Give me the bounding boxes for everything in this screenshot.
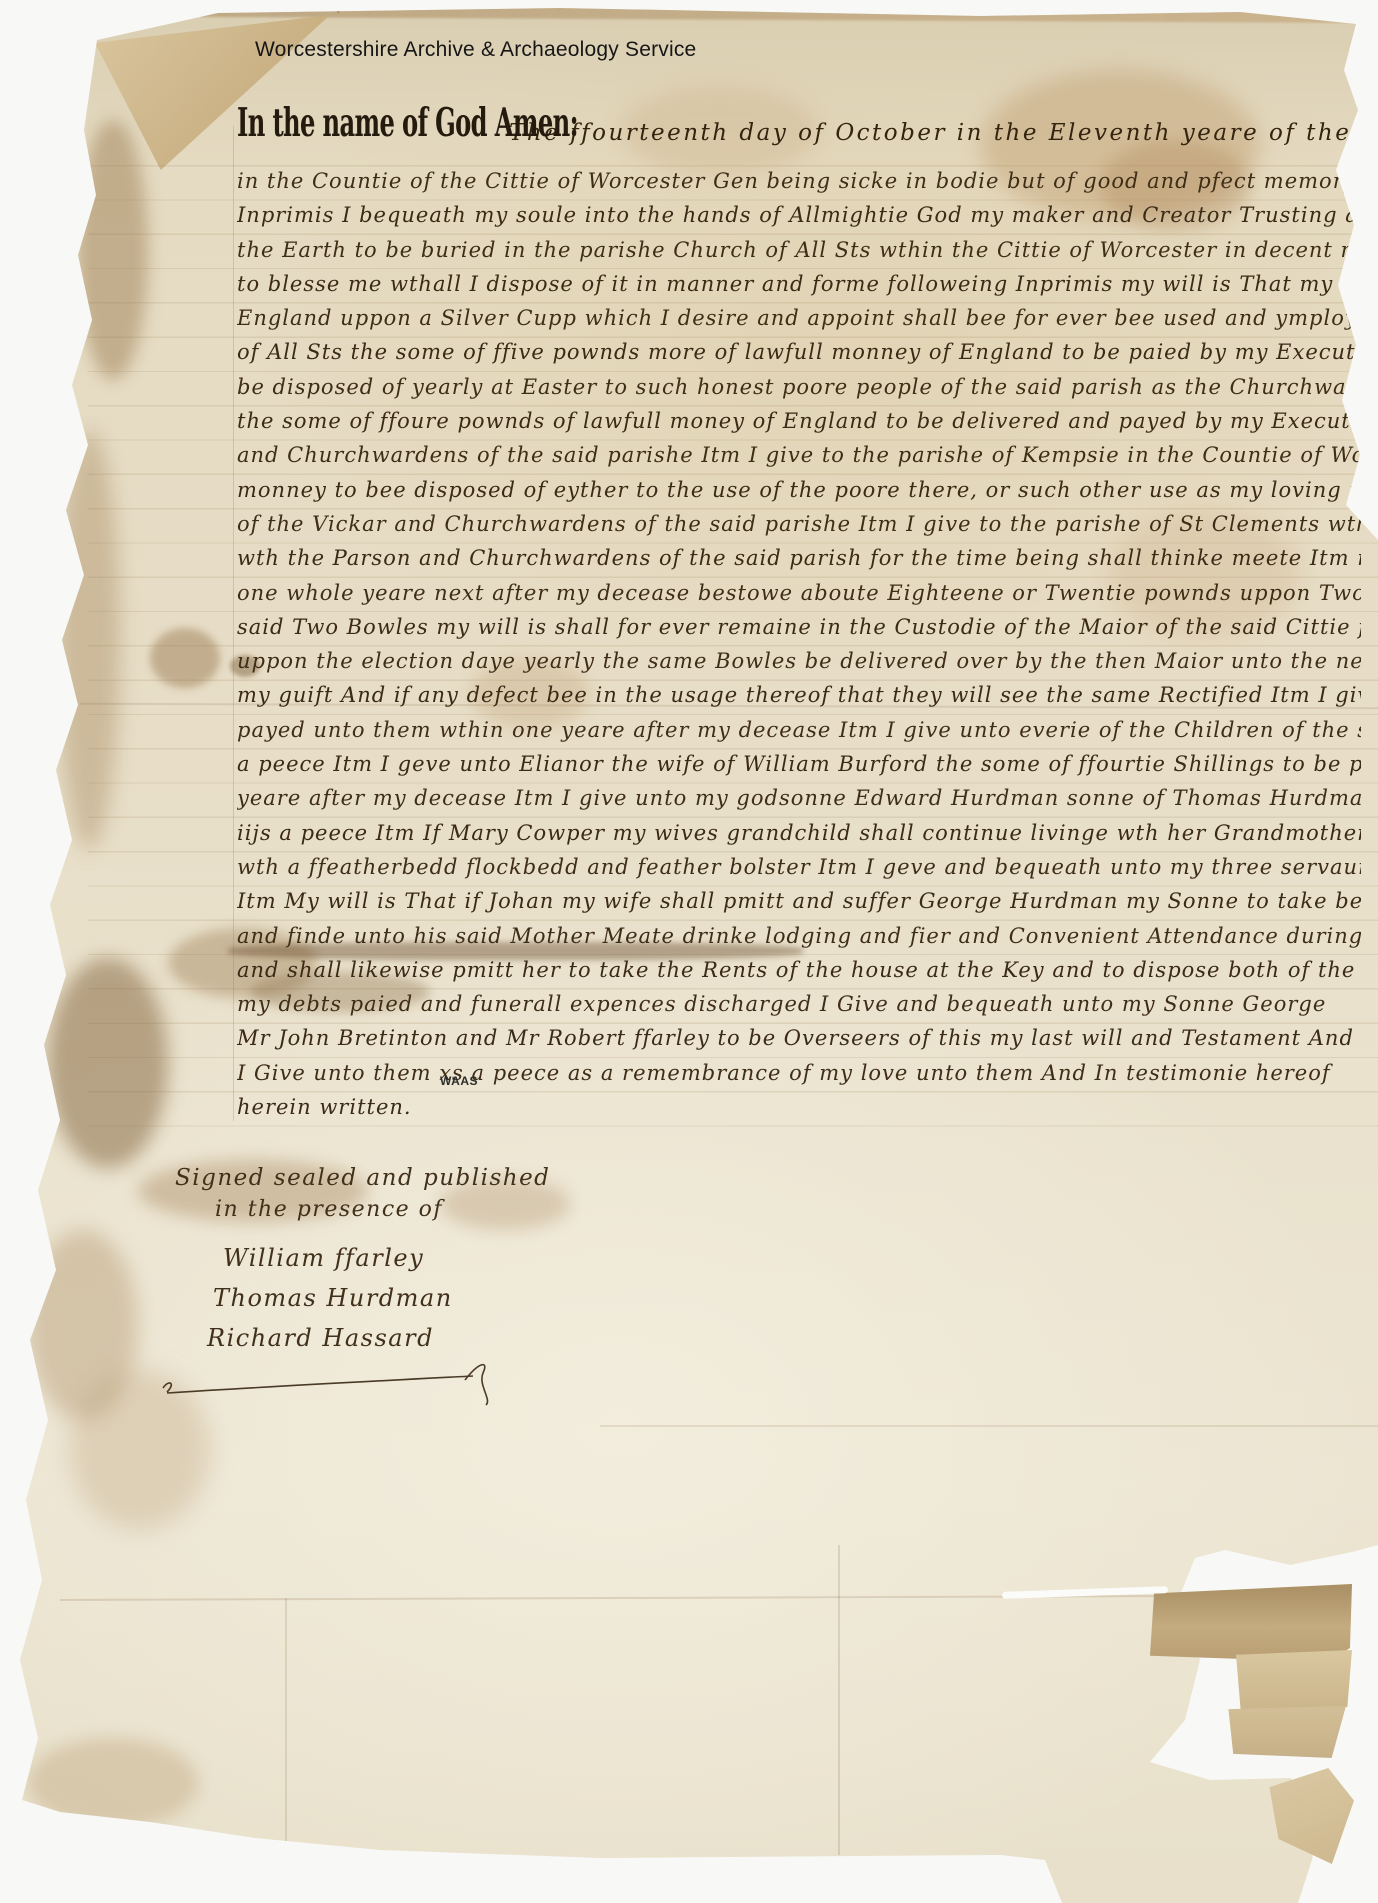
waas-stamp: WAAS: [440, 1074, 478, 1088]
fold-crease: [212, 0, 340, 13]
manuscript-line: and finde unto his said Mother Meate dri…: [237, 919, 1361, 953]
manuscript-opening-row: In the name of God Amen:The ffourteenth …: [237, 100, 1361, 164]
manuscript-line: Itm My will is That if Johan my wife sha…: [237, 884, 1361, 918]
manuscript-line: Inprimis I bequeath my soule into the ha…: [237, 198, 1361, 232]
torn-flap: [1226, 1706, 1346, 1758]
parchment-sheet: Worcestershire Archive & Archaeology Ser…: [0, 0, 1378, 1903]
witness-signature: Richard Hassard: [207, 1318, 675, 1358]
manuscript-text-block: In the name of God Amen:The ffourteenth …: [237, 100, 1361, 1120]
manuscript-line: herein written.: [237, 1090, 1361, 1120]
manuscript-line: to blesse me wthall I dispose of it in m…: [237, 267, 1361, 301]
manuscript-lines: in the Countie of the Cittie of Worceste…: [237, 164, 1361, 1120]
manuscript-line: of All Sts the some of ffive pownds more…: [237, 335, 1361, 369]
signature-flourish: [155, 1358, 525, 1412]
witness-signature: William ffarley: [223, 1238, 675, 1278]
scanned-document-page: Worcestershire Archive & Archaeology Ser…: [0, 0, 1378, 1903]
fold-crease: [285, 1598, 287, 1848]
manuscript-line: my guift And if any defect bee in the us…: [237, 678, 1361, 712]
parchment-stain: [28, 1230, 138, 1420]
manuscript-opening: In the name of God Amen:: [237, 100, 509, 146]
manuscript-line: wth the Parson and Churchwardens of the …: [237, 541, 1361, 575]
manuscript-line: be disposed of yearly at Easter to such …: [237, 370, 1361, 404]
signature-block: Signed sealed and published in the prese…: [155, 1165, 675, 1358]
manuscript-line: yeare after my decease Itm I give unto m…: [237, 781, 1361, 815]
manuscript-line: the Earth to be buried in the parishe Ch…: [237, 233, 1361, 267]
torn-flap: [1236, 1650, 1352, 1710]
fold-crease: [838, 1545, 840, 1855]
manuscript-line: monney to bee disposed of eyther to the …: [237, 473, 1361, 507]
manuscript-line: and shall likewise pmitt her to take the…: [237, 953, 1361, 987]
manuscript-line: I Give unto them xs a peece as a remembr…: [237, 1056, 1361, 1090]
manuscript-line: my debts paied and funerall expences dis…: [237, 987, 1361, 1021]
fold-crease: [600, 1425, 1378, 1427]
manuscript-line: one whole yeare next after my decease be…: [237, 576, 1361, 610]
manuscript-line: a peece Itm I geve unto Elianor the wife…: [237, 747, 1361, 781]
margin-rule-line: [233, 126, 234, 1121]
manuscript-line: iijs a peece Itm If Mary Cowper my wives…: [237, 816, 1361, 850]
witness-signatures: William ffarleyThomas HurdmanRichard Has…: [155, 1238, 675, 1358]
parchment-stain: [28, 1738, 198, 1828]
manuscript-line: of the Vickar and Churchwardens of the s…: [237, 507, 1361, 541]
witness-signature: Thomas Hurdman: [213, 1278, 675, 1318]
manuscript-opening-rest: The ffourteenth day of October in the El…: [509, 120, 1361, 146]
manuscript-line: said Two Bowles my will is shall for eve…: [237, 610, 1361, 644]
manuscript-line: in the Countie of the Cittie of Worceste…: [237, 164, 1361, 198]
fold-crease: [60, 1595, 1175, 1601]
attestation-line: in the presence of: [215, 1197, 675, 1222]
parchment-top-edge: [200, 5, 1378, 23]
manuscript-line: Mr John Bretinton and Mr Robert ffarley …: [237, 1021, 1361, 1055]
manuscript-line: and Churchwardens of the said parishe It…: [237, 438, 1361, 472]
attestation-line: Signed sealed and published: [175, 1165, 675, 1191]
manuscript-line: payed unto them wthin one yeare after my…: [237, 713, 1361, 747]
archive-header-label: Worcestershire Archive & Archaeology Ser…: [255, 38, 696, 62]
manuscript-line: uppon the election daye yearly the same …: [237, 644, 1361, 678]
manuscript-line: wth a ffeatherbedd flockbedd and feather…: [237, 850, 1361, 884]
manuscript-line: England uppon a Silver Cupp which I desi…: [237, 301, 1361, 335]
manuscript-line: the some of ffoure pownds of lawfull mon…: [237, 404, 1361, 438]
